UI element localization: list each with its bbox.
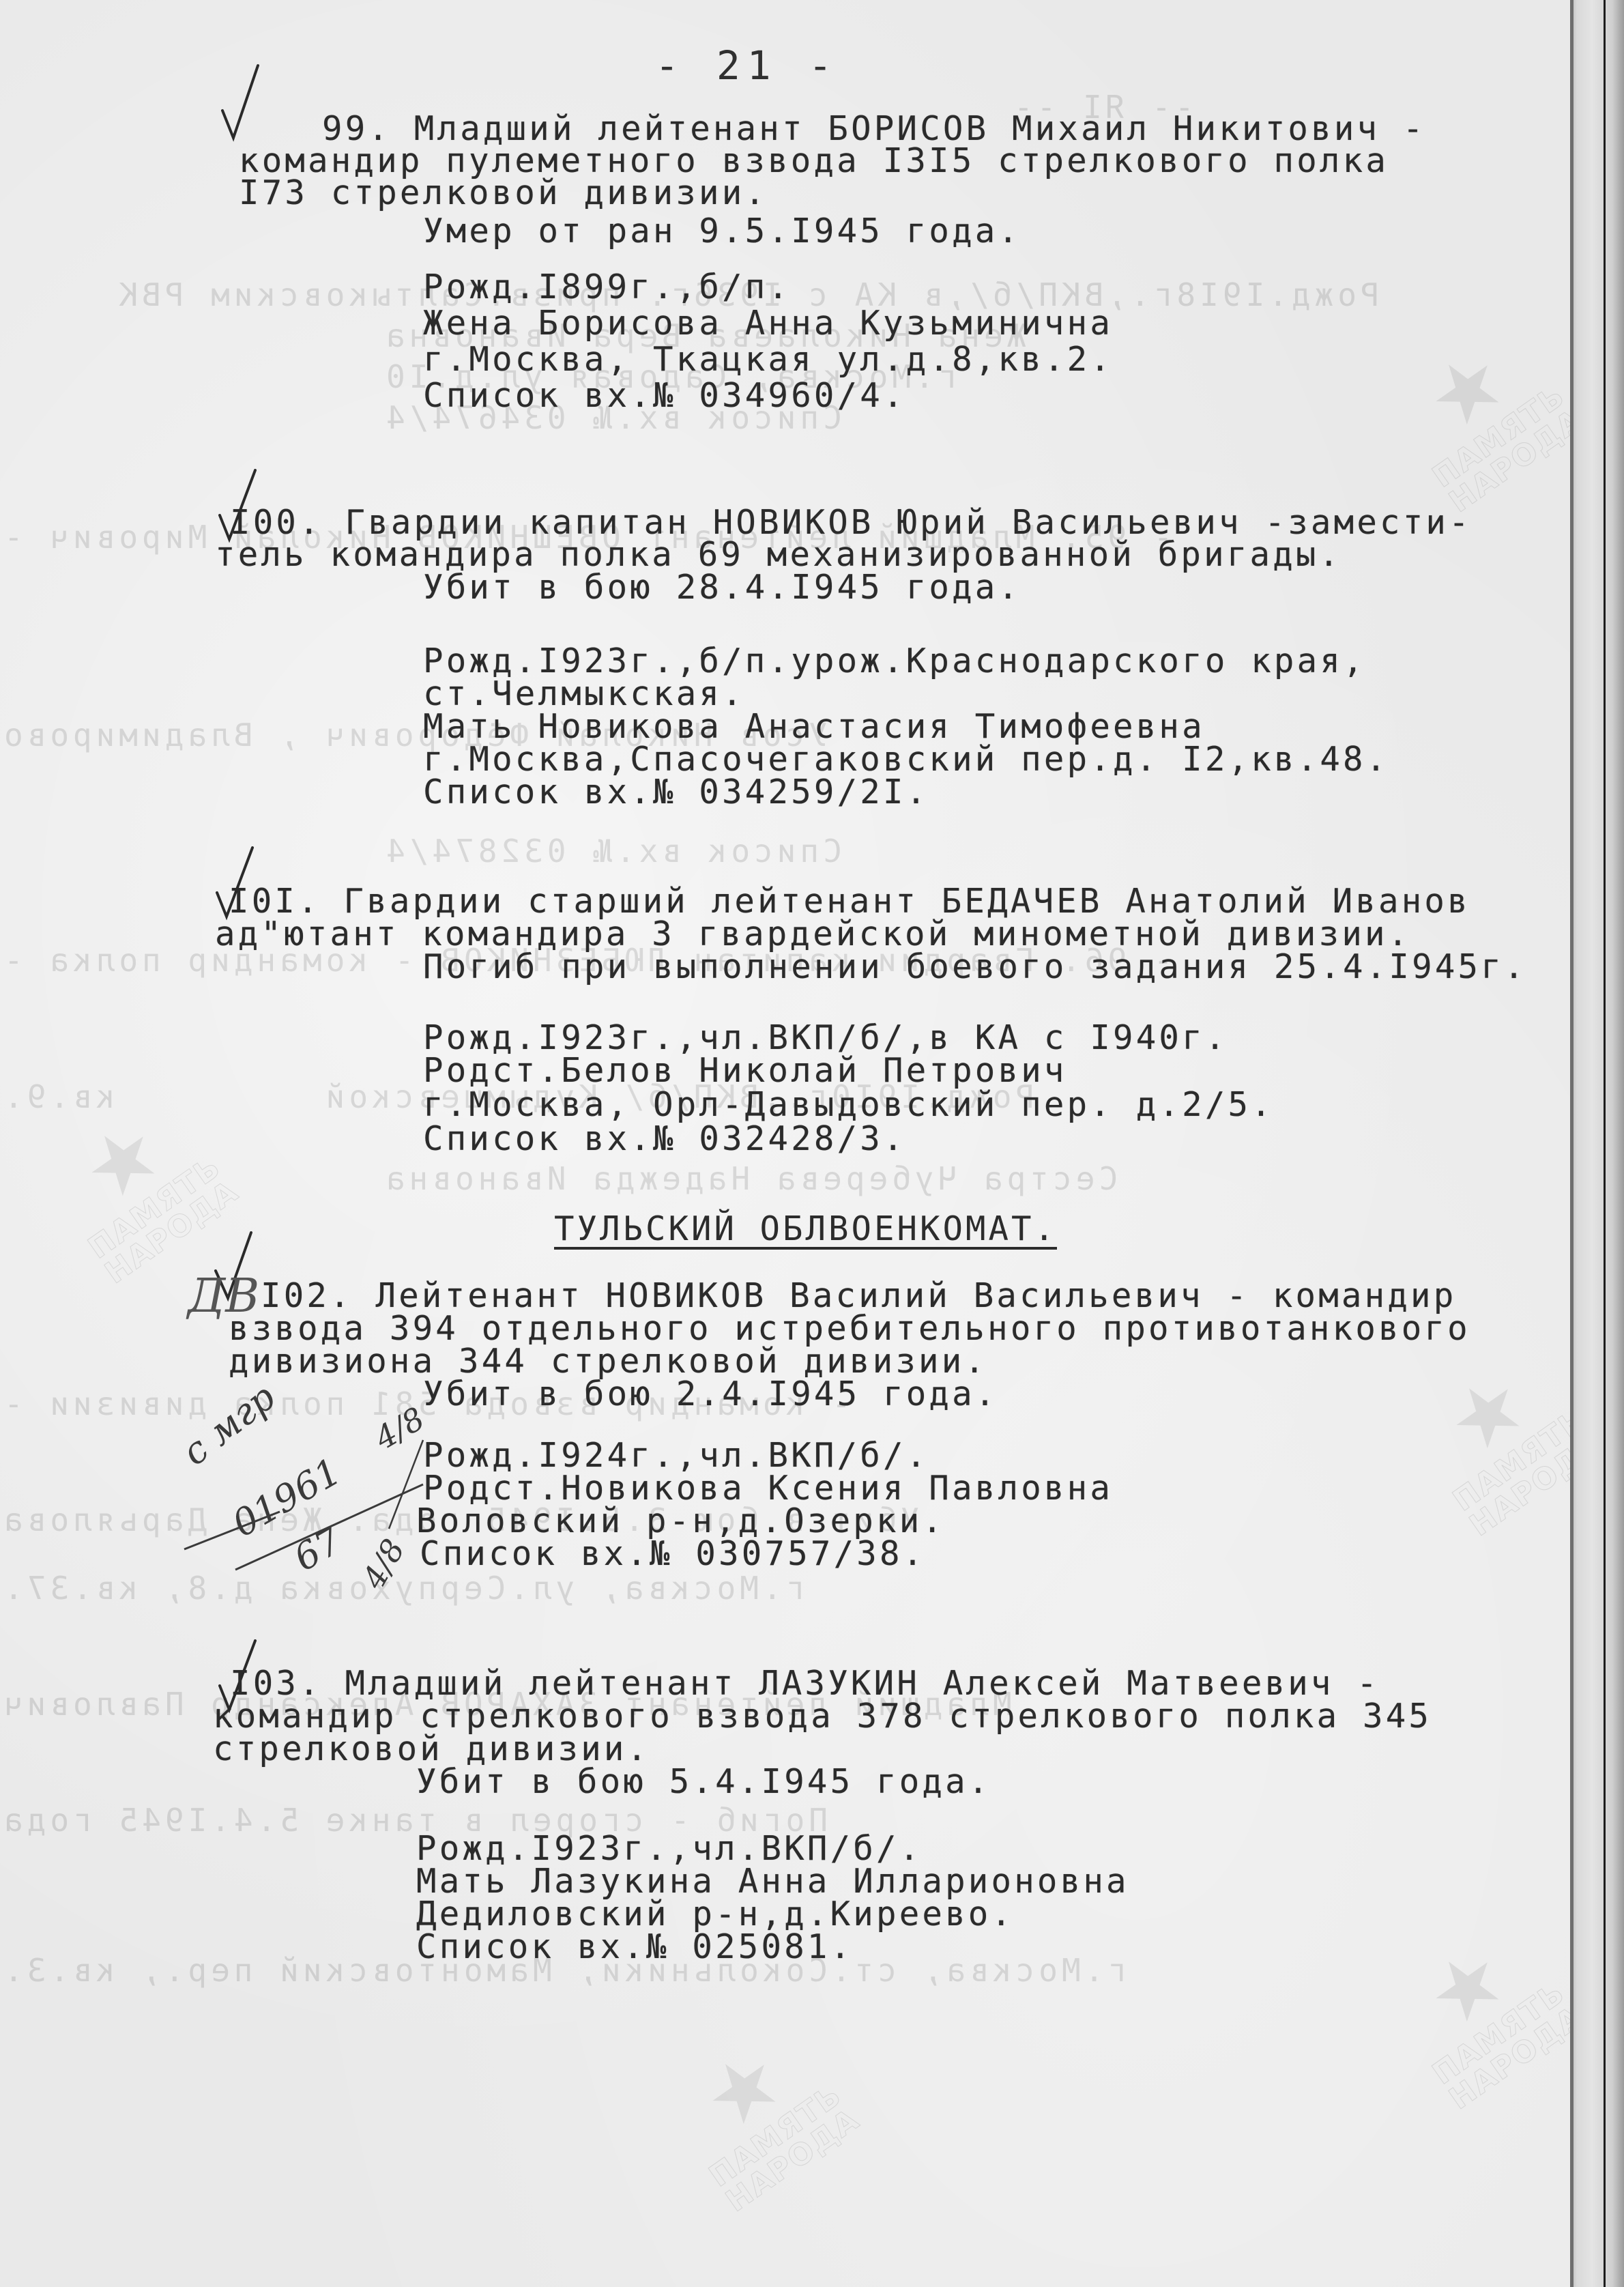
page-edge-line [1604,0,1606,2287]
entry-detail: Рожд.I899г.,б/п. [423,268,791,307]
checkmark-icon [220,63,261,145]
entry-fate: Умер от ран 9.5.I945 года. [423,212,1021,251]
entry-detail: Список вх.№ 030757/38. [420,1534,925,1574]
document-page: -- ЯI -- Рожд.I9I8г.,ВКП/б/,в КА с I936г… [0,0,1624,2287]
entry-fate: Убит в бою 5.4.I945 года. [416,1762,991,1802]
entry-fate: Убит в бою 28.4.I945 года. [423,568,1021,607]
bleed-through-text: Сестра Чуберева Надежда Ивановна [382,1160,1118,1197]
star-icon: ★ [1391,1330,1584,1499]
handwritten-strike-lines [164,1406,464,1597]
entry-detail: Список вх.№ 025081. [416,1927,853,1967]
page-edge [1571,0,1624,2287]
page-number: - 21 - [655,42,839,89]
star-icon: ★ [27,1078,219,1246]
page-edge-line [1570,0,1574,2287]
star-icon: ★ [1371,306,1563,475]
entry-fate: Погиб при выполнении боевого задания 25.… [423,947,1527,987]
star-icon: ★ [1371,1903,1563,2072]
entry-fate: Убит в бою 2.4.I945 года. [423,1375,998,1414]
entry-detail: Список вх.№ 034259/2I. [423,773,929,812]
watermark-stamp: ★ ПАМЯТЬ НАРОДА [648,2006,895,2253]
star-icon: ★ [648,2006,840,2174]
entry-detail: Жена Борисова Анна Кузьминична [423,304,1113,343]
entry-detail: Список вх.№ 034960/4. [423,376,906,416]
entry-detail: г.Москва, Ткацкая ул.д.8,кв.2. [423,340,1113,379]
entry-header-line: I73 стрелковой дивизии. [239,173,768,213]
entry-detail: Список вх.№ 032428/3. [423,1119,906,1159]
bleed-through-text: Список вх.№ 032874/4 [382,833,842,869]
section-heading: ТУЛЬСКИЙ ОБЛВОЕНКОМАТ. [554,1209,1057,1248]
